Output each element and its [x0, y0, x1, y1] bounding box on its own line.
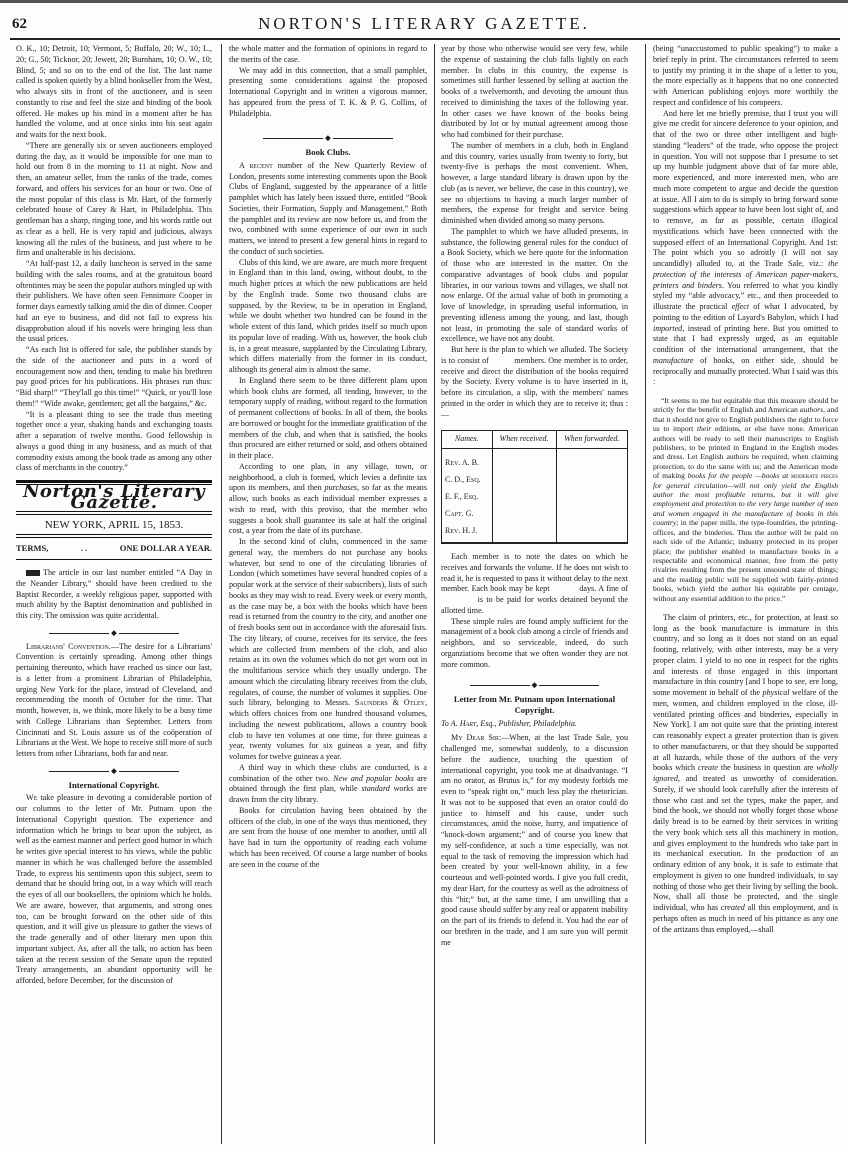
- when-forwarded-cell: [556, 489, 627, 506]
- column-divider: [645, 44, 646, 1144]
- masthead: Norton's Literary Gazette. NEW YORK, APR…: [16, 480, 212, 560]
- table-row: Rev. A. B.: [442, 449, 628, 473]
- member-name: Rev. A. B.: [442, 449, 493, 473]
- masthead-rule: [16, 534, 212, 535]
- column-3: year by those who otherwise would see ve…: [441, 44, 628, 948]
- section-separator: ◆: [16, 766, 212, 777]
- paragraph-pamphlet: The pamphlet to which we have alluded pr…: [441, 227, 628, 345]
- masthead-rule: [16, 514, 212, 515]
- auction-list-text: O. K., 10; Detroit, 10; Vermont, 5; Buff…: [16, 44, 212, 141]
- intl-copyright-body: We take pleasure in devoting a considera…: [16, 793, 212, 987]
- table-row: Rev. H. J.: [442, 523, 628, 543]
- newspaper-page: 62 NORTON'S LITERARY GAZETTE. O. K., 10;…: [0, 0, 848, 1152]
- book-clubs-paragraph: A recent number of the New Quarterly Rev…: [229, 161, 427, 258]
- block-quote: “It seems to me but equitable that this …: [653, 396, 838, 603]
- paragraph-publisher: “As each list is offered for sale, the p…: [16, 345, 212, 410]
- when-received-cell: [492, 489, 556, 506]
- section-separator: ◆: [229, 133, 427, 144]
- book-clubs-paragraph: According to one plan, in any village, t…: [229, 462, 427, 537]
- masthead-rule: [16, 537, 212, 538]
- column-divider: [434, 44, 435, 1144]
- table-row: C. D., Esq.: [442, 472, 628, 489]
- notice-neander: The article in our last number entitled …: [16, 568, 212, 622]
- member-name: Capt. G.: [442, 506, 493, 523]
- terms-value: ONE DOLLAR A YEAR.: [120, 543, 212, 554]
- paragraph-pleasant: “It is a pleasant thing to see the trade…: [16, 410, 212, 475]
- paragraph-plan: But here is the plan to which we alluded…: [441, 345, 628, 420]
- page-top-edge: [0, 0, 848, 3]
- column-1: O. K., 10; Detroit, 10; Vermont, 5; Buff…: [16, 44, 212, 987]
- table-header-row: Names. When received. When forwarded.: [442, 431, 628, 449]
- librarians-convention: Librarians' Convention.—The desire for a…: [16, 642, 212, 760]
- member-name: Rev. H. J.: [442, 523, 493, 543]
- subscription-terms: TERMS, . . ONE DOLLAR A YEAR.: [16, 543, 212, 554]
- putnam-letter-body: My Dear Sir:—When, at the last Trade Sal…: [441, 733, 628, 948]
- member-slip-table: Names. When received. When forwarded. Re…: [441, 430, 628, 544]
- pamphlet-note: We may add in this connection, that a sm…: [229, 66, 427, 120]
- intl-copyright-heading: International Copyright.: [16, 780, 212, 791]
- when-forwarded-cell: [556, 472, 627, 489]
- column-header: When forwarded.: [556, 431, 627, 449]
- header-rule: [10, 38, 840, 40]
- when-received-cell: [492, 523, 556, 543]
- continuation-text: year by those who otherwise would see ve…: [441, 44, 628, 141]
- continuation-text: the whole matter and the formation of op…: [229, 44, 427, 66]
- masthead-title: Norton's Literary Gazette.: [16, 487, 212, 509]
- paragraph-simple-rules: These simple rules are found amply suffi…: [441, 617, 628, 671]
- terms-label: TERMS,: [16, 543, 48, 554]
- column-2: the whole matter and the formation of op…: [229, 44, 427, 870]
- column-header: When received.: [492, 431, 556, 449]
- when-forwarded-cell: [556, 449, 627, 473]
- book-clubs-paragraph: In the second kind of clubs, commenced i…: [229, 537, 427, 763]
- paragraph-claim: The claim of printers, etc., for protect…: [653, 613, 838, 936]
- paragraph-auctioneers: “There are generally six or seven auctio…: [16, 141, 212, 259]
- masthead-dateline: NEW YORK, APRIL 15, 1853.: [16, 520, 212, 531]
- book-clubs-heading: Book Clubs.: [229, 147, 427, 158]
- paragraph-dates: Each member is to note the dates on whic…: [441, 552, 628, 617]
- when-received-cell: [492, 449, 556, 473]
- section-separator: ◆: [441, 680, 628, 691]
- paragraph-premise: And here let me briefly premise, that I …: [653, 109, 838, 389]
- book-clubs-paragraph: Clubs of this kind, we are aware, are mu…: [229, 258, 427, 376]
- member-name: C. D., Esq.: [442, 472, 493, 489]
- book-clubs-paragraph: In England there seem to be three differ…: [229, 376, 427, 462]
- table-row: E. F., Esq.: [442, 489, 628, 506]
- terms-dots: . .: [81, 543, 87, 554]
- masthead-rule: [16, 559, 212, 560]
- book-clubs-paragraph: A third way in which these clubs are con…: [229, 763, 427, 806]
- pointing-hand-icon: [26, 570, 40, 576]
- when-received-cell: [492, 506, 556, 523]
- paragraph-members: The number of members in a club, both in…: [441, 141, 628, 227]
- column-4: (being “unaccustomed to public speaking”…: [653, 44, 838, 935]
- column-header: Names.: [442, 431, 493, 449]
- putnam-letter-heading: Letter from Mr. Putnam upon Internationa…: [441, 694, 628, 716]
- column-divider: [221, 44, 222, 1144]
- section-separator: ◆: [16, 628, 212, 639]
- book-clubs-paragraph: Books for circulation having been obtain…: [229, 806, 427, 871]
- table-row: Capt. G.: [442, 506, 628, 523]
- librarians-convention-lead: Librarians' Convention.: [26, 642, 111, 651]
- member-name: E. F., Esq.: [442, 489, 493, 506]
- when-received-cell: [492, 472, 556, 489]
- continuation-text: (being “unaccustomed to public speaking”…: [653, 44, 838, 109]
- when-forwarded-cell: [556, 506, 627, 523]
- running-title: NORTON'S LITERARY GAZETTE.: [0, 14, 848, 34]
- paragraph-luncheon: “At half-past 12, a daily luncheon is se…: [16, 259, 212, 345]
- when-forwarded-cell: [556, 523, 627, 543]
- letter-addressee: To A. Hart, Esq., Publisher, Philadelphi…: [441, 719, 628, 730]
